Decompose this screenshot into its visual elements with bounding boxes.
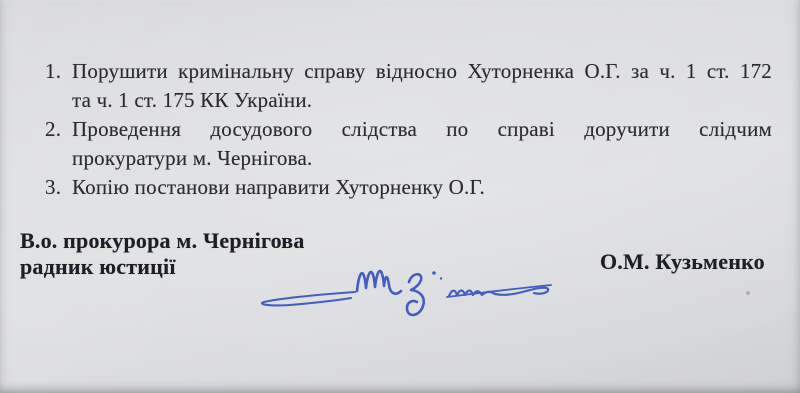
item-3-number: 3.	[45, 173, 72, 202]
item-2-number: 2.	[45, 115, 72, 173]
item-1-line-1: Порушити кримінальну справу відносно Хут…	[72, 57, 772, 86]
item-2-line-1: Проведення досудового слідства по справі…	[72, 115, 772, 144]
item-3-text: Копію постанови направити Хуторненку О.Г…	[72, 173, 772, 202]
item-2-line-2: прокуратури м. Чернігова.	[72, 144, 772, 173]
item-1-text: Порушити кримінальну справу відносно Хут…	[72, 57, 772, 115]
resolution-list: 1. Порушити кримінальну справу відносно …	[45, 57, 772, 202]
item-3-line-1: Копію постанови направити Хуторненку О.Г…	[72, 173, 772, 202]
item-1-number: 1.	[45, 57, 72, 115]
scanned-document-page: 1. Порушити кримінальну справу відносно …	[0, 0, 800, 393]
item-1-line-2: та ч. 1 ст. 175 КК України.	[72, 86, 772, 115]
signature-strokes	[262, 271, 551, 315]
paper-speck	[746, 291, 750, 295]
list-item-1: 1. Порушити кримінальну справу відносно …	[45, 57, 772, 115]
list-item-2: 2. Проведення досудового слідства по спр…	[45, 115, 772, 173]
signatory-name: О.М. Кузьменко	[600, 249, 765, 275]
signatory-title-line1: В.о. прокурора м. Чернігова	[20, 228, 305, 254]
handwritten-signature-ink	[250, 255, 560, 330]
list-item-3: 3. Копію постанови направити Хуторненку …	[45, 173, 772, 202]
item-2-text: Проведення досудового слідства по справі…	[72, 115, 772, 173]
